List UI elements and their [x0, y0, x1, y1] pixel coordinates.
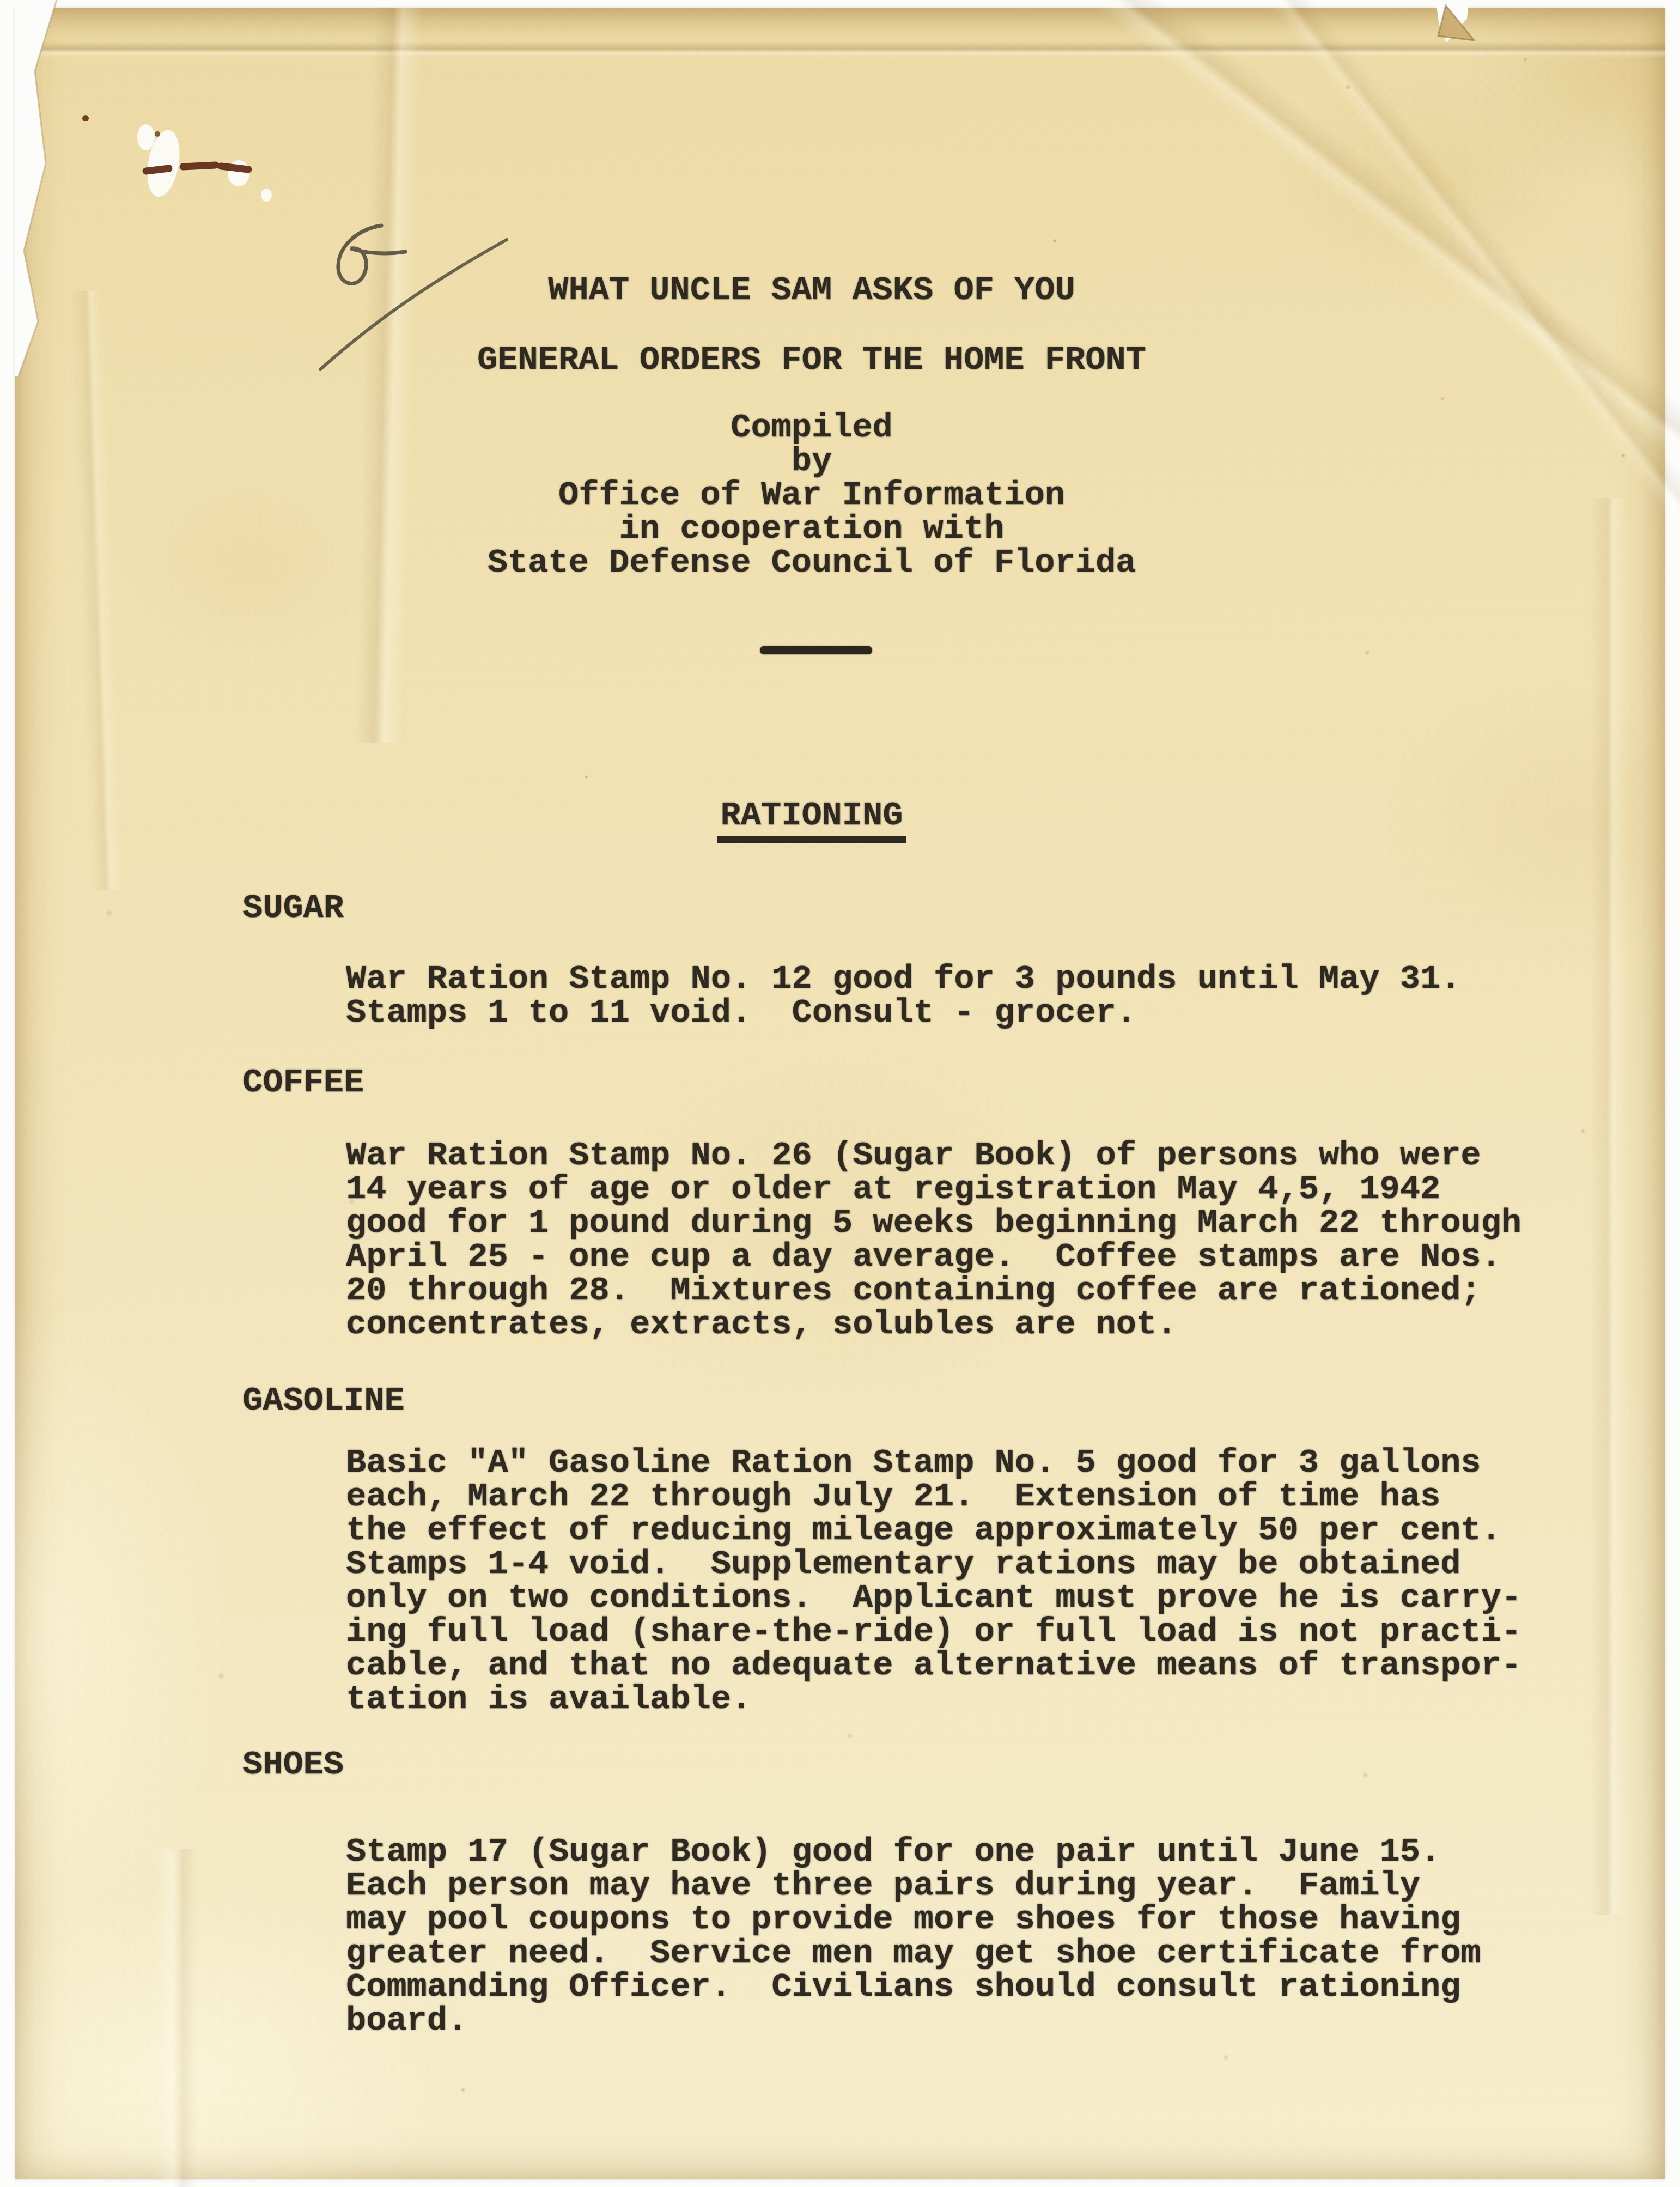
section-body-gasoline: Basic "A" Gasoline Ration Stamp No. 5 go… [346, 1446, 1521, 1716]
typewritten-document: WHAT UNCLE SAM ASKS OF YOU GENERAL ORDER… [15, 8, 1665, 2179]
rationing-heading-wrap: RATIONING [240, 799, 1384, 843]
byline-cooperation: in cooperation with [240, 512, 1384, 546]
separator-rule [760, 646, 872, 654]
section-body-sugar: War Ration Stamp No. 12 good for 3 pound… [346, 962, 1460, 1030]
document-subtitle: GENERAL ORDERS FOR THE HOME FRONT [240, 343, 1384, 377]
rationing-heading: RATIONING [717, 799, 906, 843]
section-body-shoes: Stamp 17 (Sugar Book) good for one pair … [346, 1835, 1481, 2038]
byline-florida-council: State Defense Council of Florida [240, 546, 1384, 580]
byline-compiled: Compiled [240, 411, 1384, 445]
document-title: WHAT UNCLE SAM ASKS OF YOU [240, 274, 1384, 307]
paper-sheet: WHAT UNCLE SAM ASKS OF YOU GENERAL ORDER… [15, 8, 1665, 2179]
byline-owi: Office of War Information [240, 478, 1384, 512]
scan-background: WHAT UNCLE SAM ASKS OF YOU GENERAL ORDER… [0, 0, 1680, 2179]
section-heading-coffee: COFFEE [242, 1066, 364, 1099]
byline-by: by [240, 445, 1384, 478]
section-body-coffee: War Ration Stamp No. 26 (Sugar Book) of … [346, 1139, 1521, 1341]
section-heading-shoes: SHOES [242, 1748, 344, 1782]
section-heading-sugar: SUGAR [242, 891, 344, 925]
section-heading-gasoline: GASOLINE [242, 1384, 405, 1418]
